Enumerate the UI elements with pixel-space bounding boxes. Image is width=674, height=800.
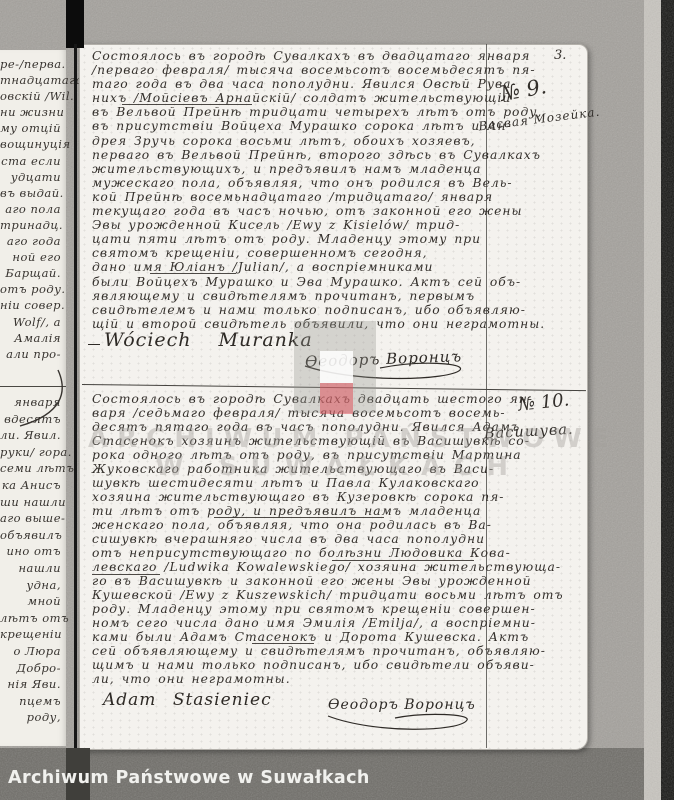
adjacent-page-text-top: ре-/перва.тнадцатагоовскій /Wil.ни жизни… bbox=[0, 56, 61, 362]
spine-shadow-top bbox=[66, 0, 84, 48]
text-line: семи лѣтъ bbox=[0, 460, 61, 477]
text-line: Эвы урожденной Кисель /Ewy z Kisielów/ т… bbox=[92, 218, 486, 232]
record9-witness-signature: Wóciech Muranka bbox=[104, 329, 313, 351]
page-number: 3. bbox=[554, 48, 566, 63]
text-line: мужескаго пола, объявляя, что онъ родилс… bbox=[92, 176, 486, 190]
text-line: ре-/перва. bbox=[0, 56, 61, 72]
text-line: тнадцатаго bbox=[0, 72, 61, 88]
text-line: номъ сего числа дано имя Эмилія /Emilja/… bbox=[92, 616, 486, 630]
text-line: аго года bbox=[0, 233, 61, 249]
text-line: левскаго /Ludwika Kowalewskiego/ хозяина… bbox=[92, 560, 486, 574]
text-line: являющему и свидѣтелямъ прочитанъ, первы… bbox=[92, 289, 486, 303]
archive-ghost-watermark-line2: W SUWAŁKACH bbox=[88, 452, 588, 482]
text-line: ли, что они неграмотны. bbox=[92, 672, 486, 686]
text-line: али про- bbox=[0, 346, 61, 362]
text-line: ни жизни bbox=[0, 104, 61, 120]
text-line: цати пяти лѣтъ отъ роду. Младенцу этому … bbox=[92, 232, 486, 246]
text-line: объявилъ bbox=[0, 527, 61, 544]
text-line: хозяина жительствующаго въ Кузеровкѣ сор… bbox=[92, 490, 486, 504]
text-line: вощинуція bbox=[0, 136, 61, 152]
record10-signature-flourish bbox=[325, 710, 475, 738]
text-line: въ выдай. bbox=[0, 185, 61, 201]
text-line: ніи совер. bbox=[0, 297, 61, 313]
archive-logo-red-square bbox=[320, 383, 353, 414]
underline-stroke bbox=[92, 574, 160, 575]
text-line: крещеніи bbox=[0, 626, 61, 643]
text-line: были Войцехъ Мурашко и Эва Мурашко. Актъ… bbox=[92, 275, 486, 289]
text-line: текущаго года въ часъ ночью, отъ законно… bbox=[92, 204, 486, 218]
text-line: пцемъ bbox=[0, 693, 61, 710]
text-line: дрея Зручь сорока восьми лѣтъ, обоихъ хо… bbox=[92, 134, 486, 148]
text-line: сей объявляющему и свидѣтелямъ прочитанъ… bbox=[92, 644, 486, 658]
archive-footer-watermark: Archiwum Państwowe w Suwałkach bbox=[8, 768, 370, 788]
text-line: Добро- bbox=[0, 660, 61, 677]
text-line: ста если bbox=[0, 153, 61, 169]
text-line: въ Вельвой Прейнѣ тридцати четырехъ лѣтъ… bbox=[92, 105, 486, 119]
text-line: таго года въ два часа пополудни. Явился … bbox=[92, 77, 486, 91]
text-line: ино отъ bbox=[0, 543, 61, 560]
text-line: Амалія bbox=[0, 330, 61, 346]
text-line: кой Прейнѣ восемьнадцатаго /тридцатаго/ … bbox=[92, 190, 486, 204]
text-line: перваго въ Вельвой Прейнѣ, второго здѣсь… bbox=[92, 148, 486, 162]
text-line: му отцій bbox=[0, 120, 61, 136]
text-line: /перваго февраля/ тысяча восемьсотъ восе… bbox=[92, 63, 486, 77]
text-line: святомъ крещеніи, совершенномъ сегодня, bbox=[92, 246, 486, 260]
text-line: варя /седьмаго февраля/ тысяча восемьсот… bbox=[92, 406, 486, 420]
text-line: свидѣтелемъ и нами только подписанъ, ибо… bbox=[92, 303, 486, 317]
text-line: роду, bbox=[0, 709, 61, 726]
text-line: удцати bbox=[0, 169, 61, 185]
scanned-register-page: ре-/перва.тнадцатагоовскій /Wil.ни жизни… bbox=[0, 0, 674, 800]
page-edge-line bbox=[74, 44, 77, 748]
text-line: жительствующихъ, и предъявилъ намъ младе… bbox=[92, 162, 486, 176]
text-line: го въ Васишувкѣ и законной его жены Эвы … bbox=[92, 574, 486, 588]
text-line: щимъ и нами только подписанъ, ибо свидѣт… bbox=[92, 658, 486, 672]
text-line: роду. Младенцу этому при святомъ крещені… bbox=[92, 602, 486, 616]
underline-stroke bbox=[150, 273, 236, 274]
archive-logo-white-square bbox=[320, 351, 353, 383]
text-line: аго пола bbox=[0, 201, 61, 217]
text-line: аго выше- bbox=[0, 510, 61, 527]
underline-stroke bbox=[122, 104, 252, 105]
text-line: отъ роду. bbox=[0, 281, 61, 297]
record9-body-text: Состоялось въ городѣ Сувалкахъ въ двадца… bbox=[92, 49, 486, 331]
adjacent-page-flourish bbox=[8, 362, 66, 432]
text-line: Wolf/, а bbox=[0, 314, 61, 330]
text-line: нія Яви. bbox=[0, 676, 61, 693]
text-line: о Люра bbox=[0, 643, 61, 660]
text-line: ками были Адамъ Стасенокъ и Дорота Кушев… bbox=[92, 630, 486, 644]
text-line: нашли bbox=[0, 560, 61, 577]
text-line: Состоялось въ городѣ Сувалкахъ двадцать … bbox=[92, 392, 486, 406]
text-line: отъ неприсутствующаго по болѣзни Людовик… bbox=[92, 546, 486, 560]
record10-witness-signature: Adam Stasieniec bbox=[103, 690, 272, 710]
signature-dash bbox=[88, 344, 100, 345]
text-line: удна, bbox=[0, 577, 61, 594]
underline-stroke bbox=[252, 643, 314, 644]
text-line: лѣтъ отъ bbox=[0, 610, 61, 627]
text-line: Состоялось въ городѣ Сувалкахъ въ двадца… bbox=[92, 49, 486, 63]
adjacent-page-text-bottom: январявдесятъли. Явил.руки/ гора.семи лѣ… bbox=[0, 394, 61, 742]
text-line: овскій /Wil. bbox=[0, 88, 61, 104]
text-line: руки/ гора. bbox=[0, 444, 61, 461]
underline-stroke bbox=[332, 560, 474, 561]
archive-ghost-watermark-line1: ARCHIWUM PAŃSTWOWE bbox=[88, 424, 588, 454]
text-line: Барщай. bbox=[0, 265, 61, 281]
text-line bbox=[0, 726, 61, 743]
text-line: мной bbox=[0, 593, 61, 610]
text-line: въ присутствіи Войцеха Мурашко сорока лѣ… bbox=[92, 119, 486, 133]
adjacent-page-strip: ре-/перва.тнадцатагоовскій /Wil.ни жизни… bbox=[0, 50, 66, 746]
text-line: Кушевской /Ewy z Kuszewskich/ тридцати в… bbox=[92, 588, 486, 602]
text-line: тринадц. bbox=[0, 217, 61, 233]
text-line: женскаго пола, объявляя, что она родилас… bbox=[92, 518, 486, 532]
text-line: ка Анисъ bbox=[0, 477, 61, 494]
underline-stroke bbox=[214, 517, 384, 518]
text-line: ти лѣтъ отъ роду, и предъявилъ намъ млад… bbox=[92, 504, 486, 518]
text-line: ши нашли bbox=[0, 494, 61, 511]
text-line: сишувкѣ вчерашняго числа въ два часа поп… bbox=[92, 532, 486, 546]
text-line: ной его bbox=[0, 249, 61, 265]
